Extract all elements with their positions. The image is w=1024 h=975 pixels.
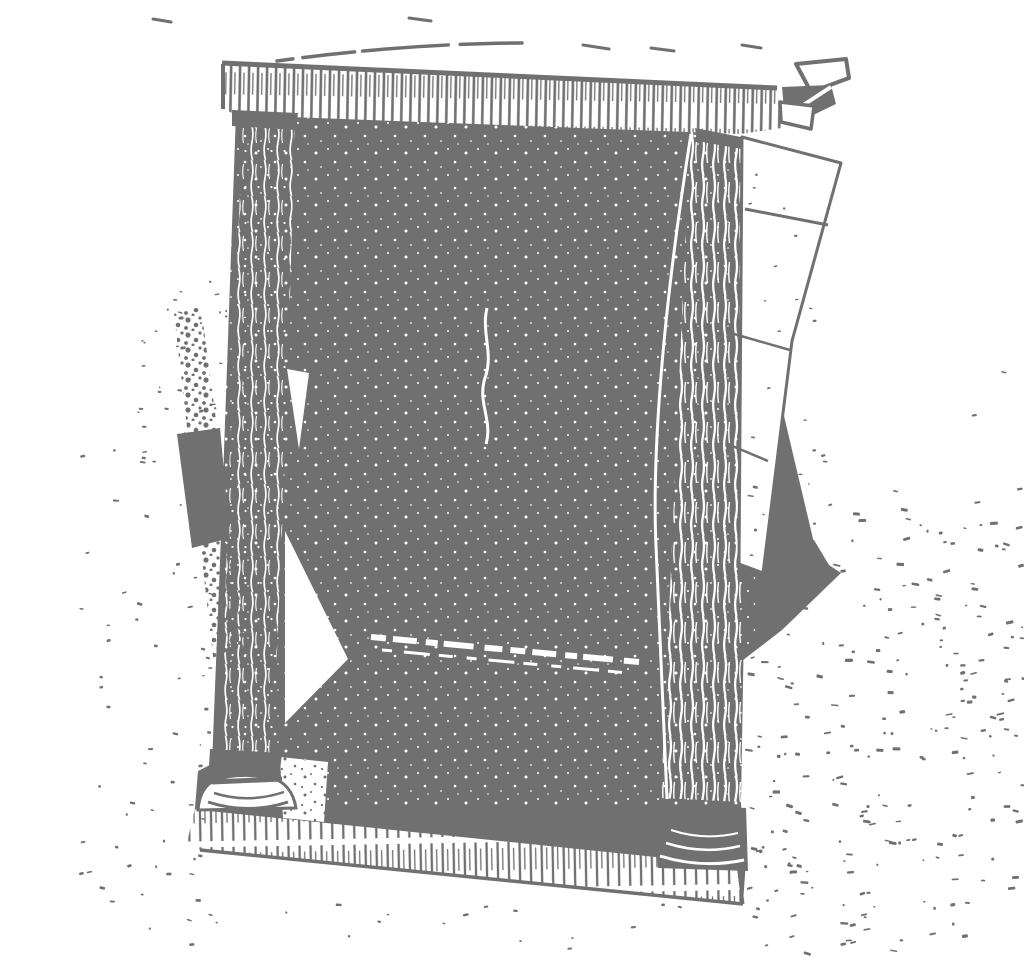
speck <box>962 934 968 938</box>
speck <box>81 841 86 844</box>
speck <box>766 899 769 902</box>
speck <box>952 750 959 754</box>
speck <box>892 747 900 750</box>
speck <box>179 291 182 293</box>
speck <box>142 365 146 367</box>
speck <box>200 744 202 746</box>
speck <box>180 504 183 506</box>
speck <box>177 389 182 392</box>
speck <box>794 235 798 237</box>
speck <box>219 311 221 314</box>
speck <box>809 308 813 310</box>
speck <box>795 810 802 815</box>
speck <box>140 461 146 464</box>
speck <box>897 632 903 635</box>
speck <box>176 562 181 566</box>
speck <box>243 645 245 647</box>
speck <box>172 732 178 735</box>
speck <box>173 299 177 301</box>
speck <box>882 804 888 807</box>
speck <box>219 363 223 365</box>
speck <box>149 928 151 930</box>
speck <box>173 572 175 575</box>
speck <box>806 871 809 873</box>
speck <box>757 746 760 748</box>
speck <box>960 664 965 666</box>
speck <box>107 625 111 627</box>
speck <box>926 529 929 532</box>
speck <box>99 886 105 890</box>
speck <box>935 730 938 732</box>
speck <box>981 880 986 882</box>
speck <box>144 514 149 518</box>
speck <box>813 523 816 525</box>
speck <box>143 342 146 344</box>
speck <box>996 712 1004 716</box>
speck <box>99 686 103 689</box>
speck <box>1021 626 1023 628</box>
speck <box>798 474 802 476</box>
speck <box>935 594 942 597</box>
speck <box>115 846 119 849</box>
speck <box>143 762 147 764</box>
speck <box>816 674 823 679</box>
speck <box>336 904 342 907</box>
speck <box>106 706 110 709</box>
speck <box>790 914 797 918</box>
speck <box>958 834 963 837</box>
speck <box>85 552 89 555</box>
speck <box>971 583 976 585</box>
speck <box>752 915 758 919</box>
speck <box>195 899 201 902</box>
speck <box>891 732 894 735</box>
speck <box>992 754 995 757</box>
speck <box>887 670 893 674</box>
speck <box>113 499 117 502</box>
speck <box>798 601 801 604</box>
speck <box>878 794 880 797</box>
speck <box>800 881 808 884</box>
speck <box>678 906 683 909</box>
speck <box>988 632 994 636</box>
speck <box>952 878 959 880</box>
speck <box>889 841 897 845</box>
speck <box>832 779 835 782</box>
speck <box>1020 637 1024 639</box>
speck <box>972 695 977 698</box>
speck <box>960 671 966 675</box>
speck <box>882 717 886 720</box>
speck <box>243 380 246 383</box>
speck <box>117 500 120 503</box>
speck <box>198 764 203 767</box>
speck <box>387 914 390 916</box>
speck <box>944 727 949 729</box>
speck <box>965 902 970 904</box>
speck <box>803 775 810 777</box>
wall-dash-mid <box>409 18 431 21</box>
speck <box>995 544 999 548</box>
speck <box>791 682 794 684</box>
speck <box>863 916 866 918</box>
speck <box>861 810 868 813</box>
speck <box>824 731 831 734</box>
horizon-dash-1 <box>583 45 609 49</box>
speck <box>828 503 833 506</box>
speck <box>803 951 811 956</box>
speck <box>912 838 917 841</box>
speck <box>893 490 898 493</box>
speck <box>141 457 146 460</box>
speck <box>1018 564 1024 568</box>
speck <box>839 840 842 843</box>
speck <box>877 558 882 560</box>
speck <box>907 804 911 807</box>
speck <box>929 932 936 935</box>
speck <box>953 653 959 655</box>
speck <box>945 664 948 668</box>
speck <box>786 634 790 636</box>
speck <box>978 659 984 662</box>
speck <box>784 753 786 756</box>
latch-lower-plate <box>780 102 814 129</box>
speck <box>952 922 955 925</box>
speck <box>1008 886 1016 890</box>
speck <box>786 804 794 809</box>
speck <box>148 748 153 750</box>
speck <box>202 675 205 677</box>
speck <box>1003 542 1010 546</box>
speck <box>906 839 910 842</box>
speck <box>1004 728 1010 731</box>
speck <box>935 613 941 616</box>
speck <box>519 940 522 942</box>
speck <box>768 567 772 569</box>
speck <box>903 537 911 542</box>
speck <box>850 941 856 944</box>
speck <box>990 716 997 720</box>
speck <box>980 605 987 609</box>
speck <box>965 604 968 606</box>
speck <box>803 419 807 421</box>
speck <box>377 920 381 923</box>
speck <box>79 872 84 876</box>
speck <box>1004 805 1011 808</box>
speck <box>189 873 194 875</box>
speck <box>125 813 128 816</box>
speck <box>154 644 158 647</box>
speck <box>887 691 893 694</box>
speck <box>769 542 772 545</box>
speck <box>241 618 243 620</box>
speck <box>937 842 943 846</box>
speck <box>631 926 636 929</box>
speck <box>950 542 955 545</box>
speck <box>122 591 127 594</box>
speck <box>800 893 805 895</box>
speck <box>755 174 758 176</box>
speck <box>841 725 846 728</box>
speck <box>823 461 828 463</box>
speck <box>1006 620 1014 625</box>
speck <box>137 602 143 606</box>
speck <box>214 293 219 295</box>
speck <box>135 618 138 621</box>
speck <box>1001 371 1007 374</box>
speck <box>189 943 194 946</box>
speck <box>764 865 767 868</box>
speck <box>979 524 982 526</box>
speck <box>99 676 103 679</box>
speck <box>902 585 906 587</box>
speck <box>961 700 966 702</box>
speck <box>1007 698 1015 702</box>
speck <box>513 909 518 912</box>
speck <box>876 749 883 752</box>
speck <box>189 804 194 806</box>
speck <box>769 795 773 797</box>
speck <box>208 914 213 917</box>
speck <box>1002 548 1006 550</box>
speck <box>193 858 196 861</box>
speck <box>845 659 853 662</box>
horizon-dash-3 <box>742 45 761 48</box>
speck <box>952 716 956 718</box>
speck <box>977 548 983 552</box>
speck <box>110 900 115 902</box>
speck <box>463 913 469 916</box>
speck <box>888 608 893 611</box>
speck <box>911 606 917 608</box>
speck <box>899 710 905 714</box>
speck <box>921 623 924 626</box>
speck <box>990 818 995 822</box>
speck <box>939 639 943 641</box>
speck <box>167 308 169 311</box>
speck <box>750 554 754 556</box>
speck <box>158 391 162 393</box>
speck <box>840 782 847 785</box>
speck <box>761 661 769 663</box>
speck <box>854 749 859 752</box>
speck <box>177 677 181 679</box>
speck <box>851 539 854 542</box>
speck <box>795 752 800 756</box>
speck <box>883 732 886 735</box>
binarized-photo: High-contrast binarized photograph of an… <box>40 16 1024 959</box>
speck <box>850 745 854 748</box>
speck <box>859 892 865 896</box>
speck <box>861 913 868 916</box>
speck <box>484 905 489 908</box>
speck <box>207 731 211 734</box>
horizon-dash-2 <box>651 48 674 51</box>
speck <box>785 685 793 690</box>
speck <box>155 865 157 868</box>
speck <box>950 903 955 907</box>
speck <box>846 939 853 941</box>
speck <box>890 949 898 952</box>
speck <box>106 639 111 643</box>
speck <box>884 636 889 639</box>
speck <box>900 939 904 941</box>
speck <box>879 598 881 601</box>
speck <box>812 449 816 451</box>
speck <box>793 870 797 873</box>
speck <box>840 942 846 946</box>
speck <box>850 923 857 927</box>
speck <box>939 646 942 648</box>
speck <box>442 922 445 924</box>
speck <box>898 841 901 844</box>
speck <box>934 618 940 621</box>
speck <box>842 904 844 907</box>
speck <box>796 864 802 868</box>
speck <box>777 677 784 681</box>
speck <box>777 755 781 759</box>
speck <box>990 522 998 526</box>
speck <box>896 821 902 823</box>
speck <box>911 582 919 586</box>
scene-canvas <box>40 16 1024 959</box>
left-shadow-core <box>177 428 230 548</box>
speck <box>166 873 171 876</box>
speck <box>873 906 875 908</box>
speck <box>866 892 870 894</box>
speck <box>774 889 779 892</box>
speck <box>846 853 853 855</box>
speck <box>849 695 855 697</box>
speck <box>999 718 1004 721</box>
speck <box>943 541 947 544</box>
speck <box>866 805 869 808</box>
speck <box>782 829 788 833</box>
speck <box>137 411 139 413</box>
speck <box>782 848 787 851</box>
speck <box>974 501 980 504</box>
speck <box>1016 526 1023 530</box>
speck <box>971 796 975 800</box>
speck <box>194 577 198 579</box>
speck <box>998 771 1002 773</box>
speck <box>87 871 93 874</box>
speck <box>840 922 848 925</box>
speck <box>201 648 206 651</box>
speck <box>839 644 844 646</box>
speck <box>98 785 101 788</box>
right-wall-speckles <box>972 371 1024 446</box>
speck <box>922 859 924 861</box>
speck <box>942 626 946 629</box>
speck <box>784 588 791 591</box>
speck <box>863 928 870 931</box>
speck <box>963 527 967 529</box>
wall-dash-left <box>153 19 171 22</box>
speck <box>206 657 211 660</box>
speck <box>771 830 774 833</box>
speck <box>805 716 810 719</box>
horizon-arc <box>277 43 522 61</box>
speck <box>762 846 765 849</box>
speck <box>164 408 169 411</box>
speck <box>859 814 864 817</box>
speck <box>821 454 826 457</box>
speck <box>876 864 878 867</box>
speck <box>792 856 797 859</box>
speck <box>756 907 761 911</box>
speck <box>152 461 156 463</box>
speck <box>794 703 800 705</box>
speck <box>661 903 665 906</box>
speck <box>876 649 880 652</box>
speck <box>750 807 756 810</box>
speck <box>867 755 870 757</box>
speck <box>930 728 932 730</box>
speck <box>783 619 790 623</box>
speck <box>187 606 193 609</box>
speck <box>934 597 941 601</box>
speck <box>211 404 216 406</box>
speck <box>1012 809 1019 813</box>
speck <box>943 569 951 574</box>
speck <box>1020 784 1024 786</box>
speck <box>765 944 769 947</box>
speck <box>127 864 132 868</box>
speck <box>1012 876 1019 879</box>
speck <box>285 911 287 913</box>
speck <box>811 887 814 889</box>
speck <box>843 860 845 862</box>
speck <box>150 809 154 811</box>
speck <box>1017 488 1023 491</box>
speck <box>159 386 161 388</box>
speck <box>960 688 964 691</box>
speck <box>244 318 247 320</box>
speck <box>198 854 203 857</box>
speck <box>919 756 924 759</box>
speck <box>933 907 936 910</box>
speck <box>781 735 788 738</box>
speck <box>141 340 144 342</box>
speck <box>905 673 908 676</box>
speck <box>751 847 758 851</box>
speck <box>962 757 965 760</box>
speck <box>863 820 871 824</box>
speck <box>853 512 860 515</box>
speck <box>567 947 572 949</box>
speck <box>826 751 830 754</box>
speck <box>980 729 986 732</box>
speck <box>1001 693 1004 695</box>
speck <box>863 605 866 608</box>
speck <box>852 650 855 653</box>
speck <box>967 700 973 703</box>
speck <box>752 573 760 576</box>
speck <box>939 531 943 534</box>
speck <box>971 587 978 591</box>
speck <box>989 735 992 738</box>
speck <box>952 834 957 838</box>
speck <box>945 713 952 716</box>
speck <box>963 679 968 682</box>
speck <box>1015 819 1023 823</box>
speck <box>773 790 780 793</box>
speck <box>215 922 218 924</box>
speck <box>170 781 174 784</box>
speck <box>977 616 982 618</box>
speck <box>968 808 972 811</box>
